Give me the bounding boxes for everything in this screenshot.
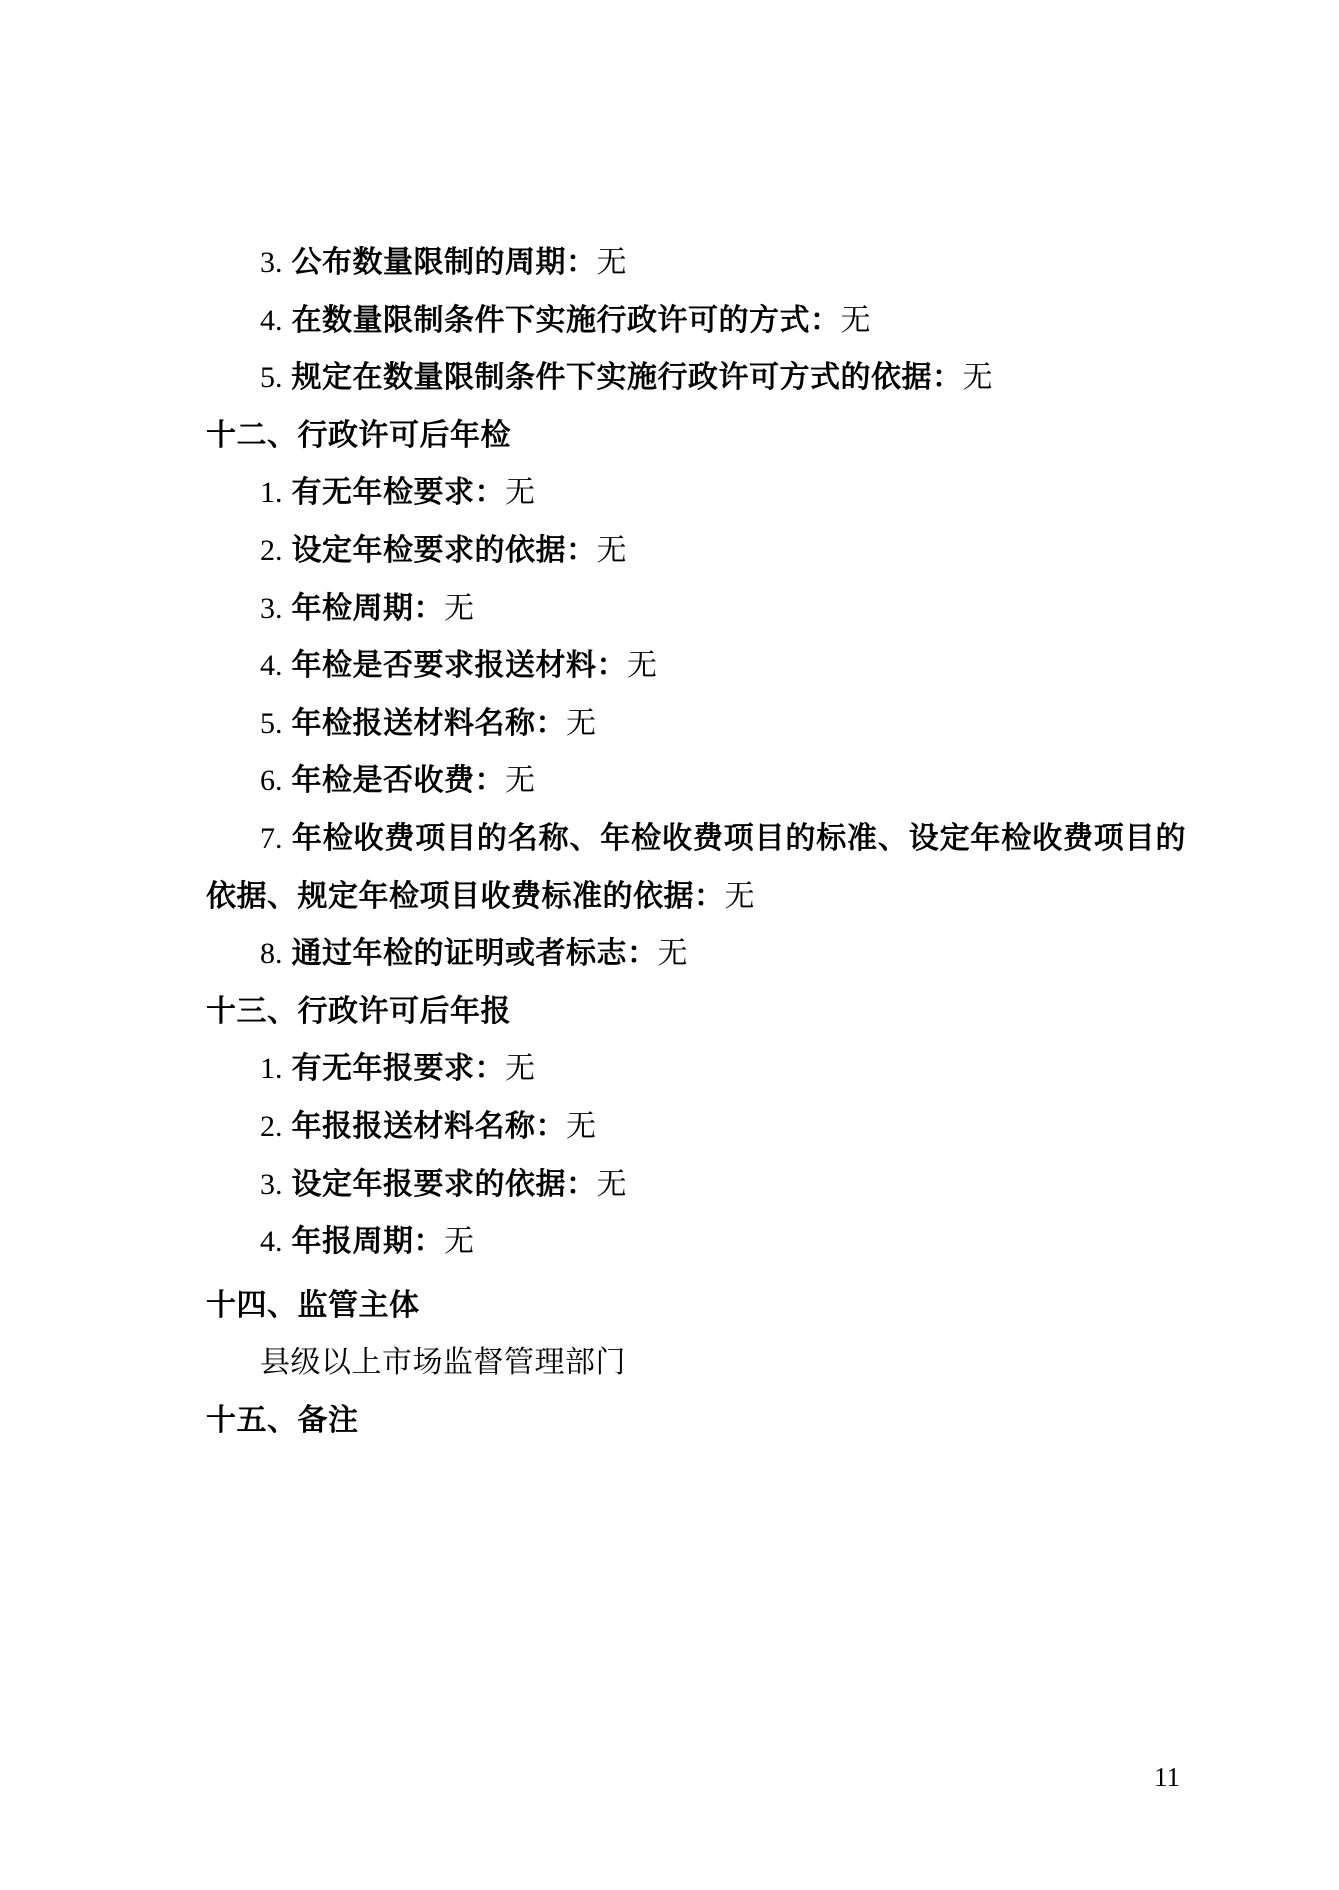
item-label: 有无年检要求：	[292, 476, 506, 509]
item-number: 8.	[260, 937, 283, 970]
item-label: 在数量限制条件下实施行政许可的方式：	[292, 304, 841, 337]
item-label: 公布数量限制的周期：	[292, 246, 597, 279]
list-item: 4.在数量限制条件下实施行政许可的方式：无	[206, 292, 1186, 350]
item-number: 1.	[260, 1052, 283, 1085]
list-item: 3.年检周期：无	[206, 580, 1186, 638]
item-label: 年检是否要求报送材料：	[292, 649, 628, 682]
list-item: 8.通过年检的证明或者标志：无	[206, 925, 1186, 983]
item-value: 无	[963, 361, 994, 394]
item-number: 4.	[260, 304, 283, 337]
item-number: 7.	[260, 822, 283, 855]
section-heading: 十五、备注	[206, 1392, 1186, 1450]
item-number: 5.	[260, 707, 283, 740]
item-value: 无	[566, 1110, 597, 1143]
item-value: 无	[597, 246, 628, 279]
section-heading: 十三、行政许可后年报	[206, 983, 1186, 1041]
item-number: 6.	[260, 764, 283, 797]
list-item: 5.年检报送材料名称：无	[206, 695, 1186, 753]
list-item: 3.设定年报要求的依据：无	[206, 1156, 1186, 1214]
item-value: 无	[505, 764, 536, 797]
item-value: 无	[725, 880, 756, 913]
item-number: 3.	[260, 246, 283, 279]
list-item: 2.年报报送材料名称：无	[206, 1098, 1186, 1156]
section-heading: 十四、监管主体	[206, 1277, 1186, 1335]
list-item: 4.年检是否要求报送材料：无	[206, 637, 1186, 695]
paragraph-text: 县级以上市场监督管理部门	[206, 1334, 1186, 1392]
list-item: 1.有无年检要求：无	[206, 464, 1186, 522]
item-value: 无	[444, 592, 475, 625]
item-label: 有无年报要求：	[292, 1052, 506, 1085]
item-label: 年检报送材料名称：	[292, 707, 567, 740]
section-heading: 十二、行政许可后年检	[206, 407, 1186, 465]
item-label: 年检收费项目的名称、年检收费项目的标准、设定年检收费项目的依据、规定年检项目收费…	[206, 822, 1186, 913]
item-value: 无	[841, 304, 872, 337]
item-value: 无	[505, 476, 536, 509]
list-item: 3.公布数量限制的周期：无	[206, 234, 1186, 292]
document-page: { "page": { "background_color": "#ffffff…	[0, 0, 1339, 1890]
item-number: 4.	[260, 649, 283, 682]
item-label: 设定年报要求的依据：	[292, 1168, 597, 1201]
item-number: 2.	[260, 1110, 283, 1143]
item-label: 规定在数量限制条件下实施行政许可方式的依据：	[292, 361, 963, 394]
item-label: 设定年检要求的依据：	[292, 534, 597, 567]
list-item: 1.有无年报要求：无	[206, 1040, 1186, 1098]
item-value: 无	[658, 937, 689, 970]
item-value: 无	[444, 1225, 475, 1258]
list-item: 4.年报周期：无	[206, 1213, 1186, 1271]
list-item: 6.年检是否收费：无	[206, 752, 1186, 810]
item-number: 2.	[260, 534, 283, 567]
document-body: 3.公布数量限制的周期：无 4.在数量限制条件下实施行政许可的方式：无 5.规定…	[206, 234, 1186, 1449]
item-number: 5.	[260, 361, 283, 394]
item-label: 年报报送材料名称：	[292, 1110, 567, 1143]
page-number: 11	[1140, 1761, 1194, 1793]
item-value: 无	[566, 707, 597, 740]
item-label: 年检是否收费：	[292, 764, 506, 797]
list-item: 5.规定在数量限制条件下实施行政许可方式的依据：无	[206, 349, 1186, 407]
item-value: 无	[627, 649, 658, 682]
item-number: 3.	[260, 1168, 283, 1201]
list-item: 7.年检收费项目的名称、年检收费项目的标准、设定年检收费项目的依据、规定年检项目…	[206, 810, 1186, 925]
item-value: 无	[597, 1168, 628, 1201]
item-value: 无	[597, 534, 628, 567]
item-label: 年报周期：	[292, 1225, 445, 1258]
item-label: 通过年检的证明或者标志：	[292, 937, 658, 970]
item-number: 4.	[260, 1225, 283, 1258]
item-number: 3.	[260, 592, 283, 625]
item-value: 无	[505, 1052, 536, 1085]
list-item: 2.设定年检要求的依据：无	[206, 522, 1186, 580]
item-label: 年检周期：	[292, 592, 445, 625]
item-number: 1.	[260, 476, 283, 509]
